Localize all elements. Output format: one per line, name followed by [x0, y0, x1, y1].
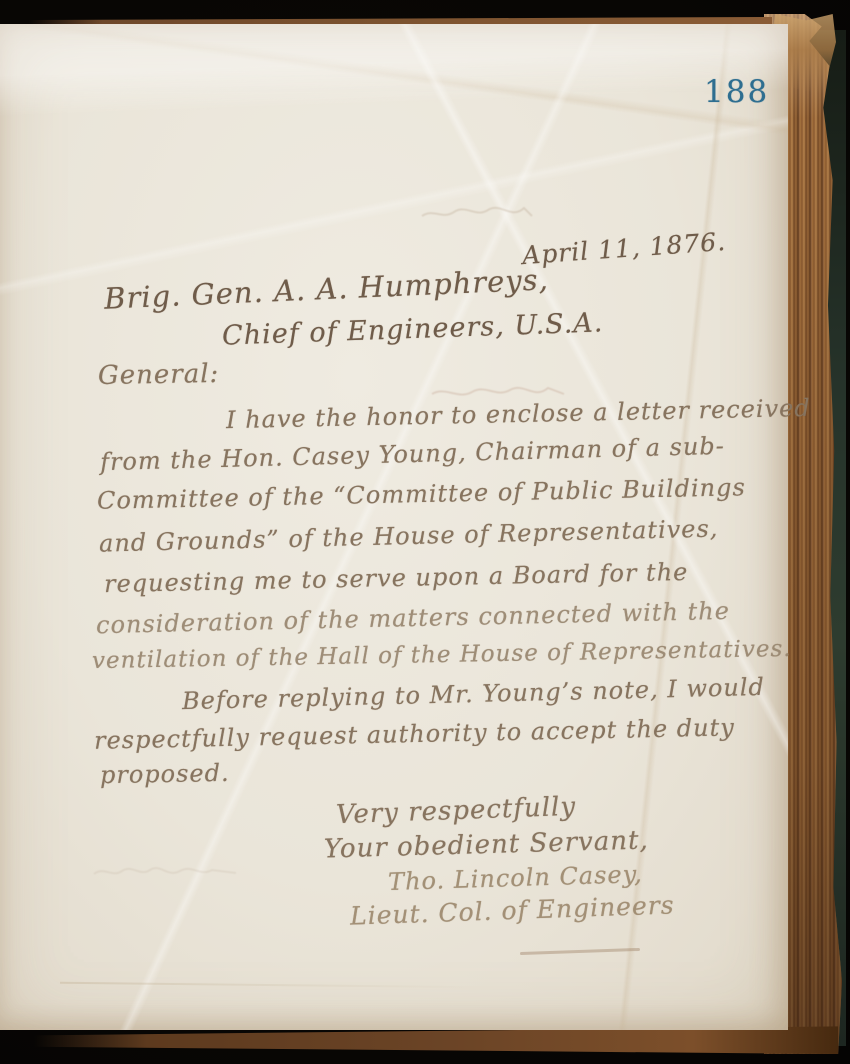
- date-line: April 11, 1876.: [521, 227, 727, 270]
- recipient-line-1: Brig. Gen. A. A. Humphreys,: [103, 262, 549, 315]
- body-line: ventilation of the Hall of the House of …: [92, 636, 792, 674]
- signature-underline-flourish: [520, 948, 640, 955]
- page-number: 188: [704, 74, 769, 110]
- photo-background: 188 April 11, 1876. Brig. Gen. A. A. Hum…: [0, 0, 850, 1064]
- letter-page: 188 April 11, 1876. Brig. Gen. A. A. Hum…: [0, 24, 788, 1030]
- under-leaf-edge: [60, 982, 480, 988]
- body-line: requesting me to serve upon a Board for …: [104, 558, 689, 598]
- body-line: respectfully request authority to accept…: [94, 713, 735, 754]
- body-line: from the Hon. Casey Young, Chairman of a…: [100, 432, 725, 476]
- closing-line-1: Very respectfully: [336, 792, 577, 830]
- body-line: proposed.: [100, 759, 230, 789]
- recipient-line-2: Chief of Engineers, U.S.A.: [222, 307, 604, 351]
- signature-title: Lieut. Col. of Engineers: [350, 890, 675, 930]
- body-line: consideration of the matters connected w…: [96, 597, 730, 639]
- signature: Tho. Lincoln Casey,: [388, 860, 643, 896]
- ghost-pencil-mark-left-margin: [92, 862, 242, 882]
- salutation: General:: [98, 359, 220, 391]
- closing-line-2: Your obedient Servant,: [324, 825, 649, 864]
- body-line: Before replying to Mr. Young’s note, I w…: [182, 673, 765, 715]
- body-line: and Grounds” of the House of Representat…: [99, 514, 719, 557]
- body-line: I have the honor to enclose a letter rec…: [226, 394, 811, 434]
- ghost-ink-mark-above-date: [420, 200, 540, 226]
- body-line: Committee of the “Committee of Public Bu…: [97, 473, 746, 515]
